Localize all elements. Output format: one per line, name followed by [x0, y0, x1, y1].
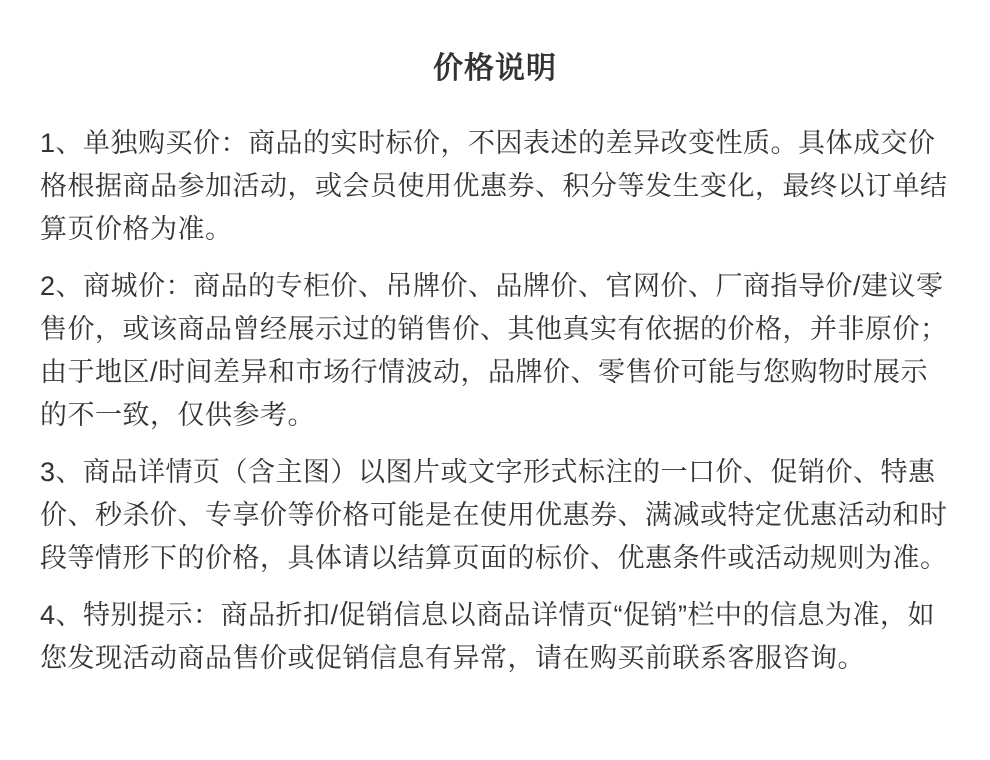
price-note-paragraph-1: 1、单独购买价：商品的实时标价，不因表述的差异改变性质。具体成交价格根据商品参加… [40, 122, 950, 251]
price-note-paragraph-2: 2、商城价：商品的专柜价、吊牌价、品牌价、官网价、厂商指导价/建议零售价，或该商… [40, 265, 950, 437]
page-title: 价格说明 [40, 0, 950, 122]
price-note-paragraph-4: 4、特别提示：商品折扣/促销信息以商品详情页“促销”栏中的信息为准，如您发现活动… [40, 594, 950, 680]
price-explanation-page: 价格说明 1、单独购买价：商品的实时标价，不因表述的差异改变性质。具体成交价格根… [0, 0, 990, 760]
price-note-paragraph-3: 3、商品详情页（含主图）以图片或文字形式标注的一口价、促销价、特惠价、秒杀价、专… [40, 451, 950, 580]
